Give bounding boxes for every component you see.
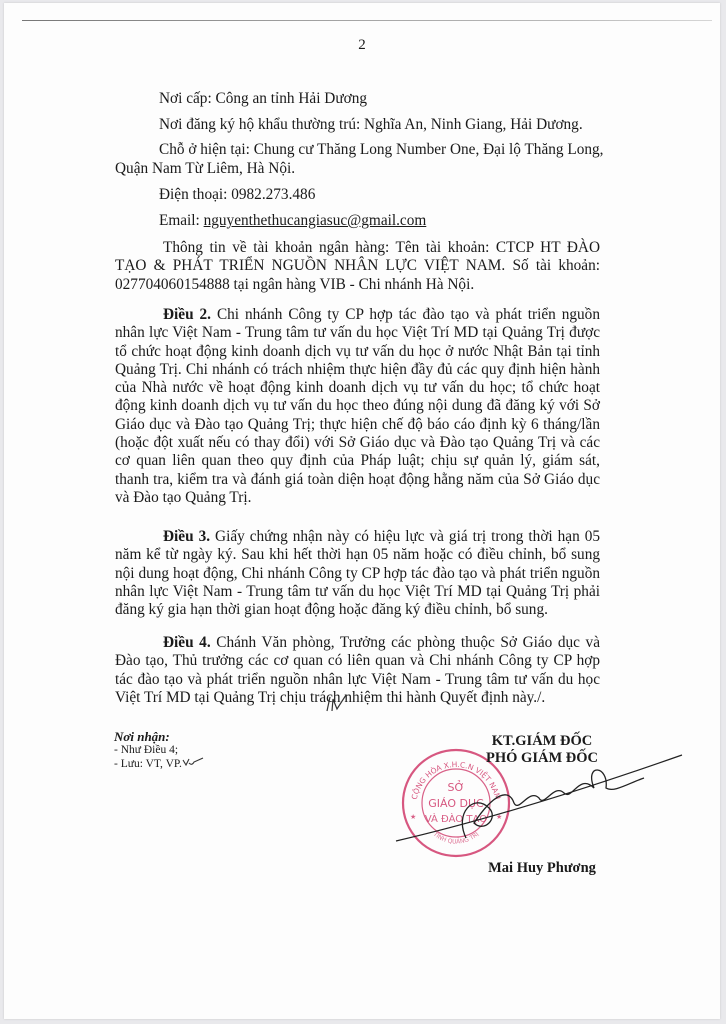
- top-rule: [22, 20, 712, 21]
- recipient-item: - Lưu: VT, VP.: [114, 757, 204, 771]
- document-page: 2 Nơi cấp: Công an tỉnh Hải Dương Nơi đă…: [4, 3, 720, 1019]
- initial-mark-icon: [182, 757, 204, 767]
- email-line: Email: nguyenthethucangiasuc@gmail.com: [159, 212, 426, 230]
- article-3: Điều 3. Giấy chứng nhận này có hiệu lực …: [115, 528, 600, 619]
- bank-info-paragraph: Thông tin về tài khoản ngân hàng: Tên tà…: [115, 239, 600, 294]
- current-address-line-1: Chỗ ở hiện tại: Chung cư Thăng Long Numb…: [159, 141, 603, 159]
- article-2-text: Chi nhánh Công ty CP hợp tác đào tạo và …: [115, 306, 600, 506]
- article-4-label: Điều 4.: [163, 634, 211, 651]
- handwritten-signature: [394, 753, 684, 843]
- issue-place-line: Nơi cấp: Công an tỉnh Hải Dương: [159, 90, 367, 108]
- article-2: Điều 2. Chi nhánh Công ty CP hợp tác đào…: [115, 306, 600, 507]
- permanent-address-line: Nơi đăng ký hộ khẩu thường trú: Nghĩa An…: [159, 116, 583, 134]
- email-label: Email:: [159, 212, 204, 229]
- page-number: 2: [4, 37, 720, 54]
- signer-name: Mai Huy Phương: [457, 860, 627, 877]
- signature-title-line-1: KT.GIÁM ĐỐC: [457, 733, 627, 750]
- recipient-item: - Như Điều 4;: [114, 744, 204, 757]
- phone-line: Điện thoại: 0982.273.486: [159, 186, 315, 204]
- recipients-title: Nơi nhận:: [114, 730, 204, 743]
- current-address-line-2: Quận Nam Từ Liêm, Hà Nội.: [115, 160, 295, 178]
- recipients-block: Nơi nhận: - Như Điều 4; - Lưu: VT, VP.: [114, 730, 204, 771]
- email-link[interactable]: nguyenthethucangiasuc@gmail.com: [204, 212, 427, 229]
- initial-mark-icon: [324, 693, 348, 713]
- article-2-label: Điều 2.: [163, 306, 211, 323]
- article-4: Điều 4. Chánh Văn phòng, Trưởng các phòn…: [115, 634, 600, 707]
- article-3-label: Điều 3.: [163, 528, 210, 545]
